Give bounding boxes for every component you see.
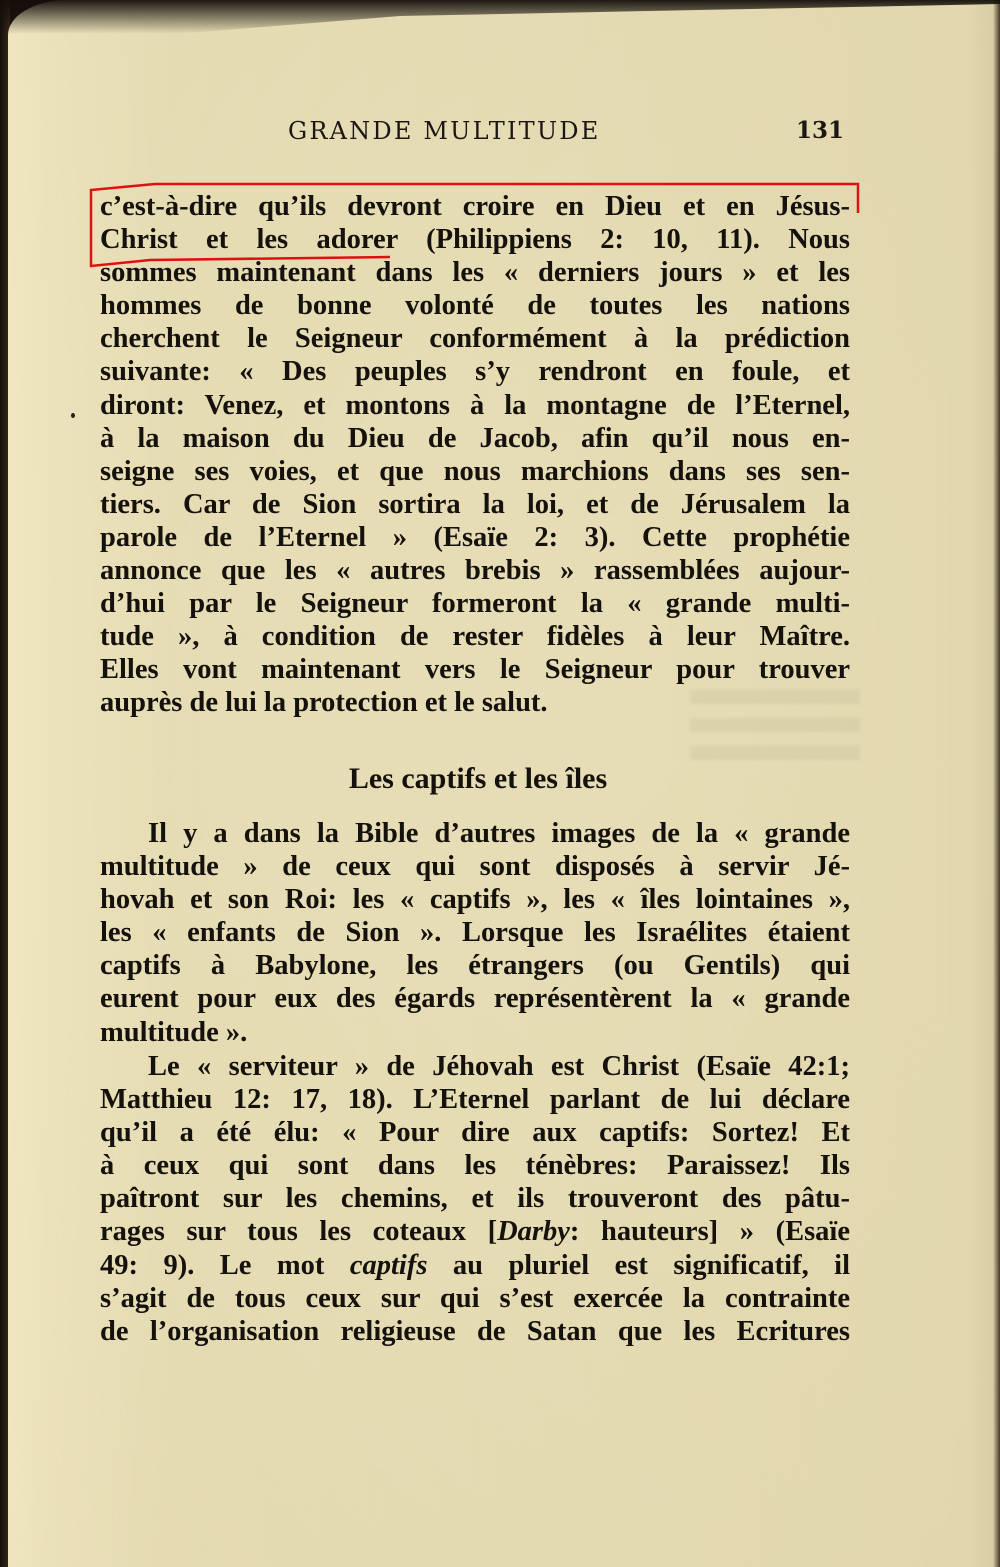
text-line: c’est-à-dire qu’ils devront croire en Di… bbox=[100, 190, 850, 223]
text-line: suivante: « Des peuples s’y rendront en … bbox=[100, 355, 850, 388]
text-line: de l’organisation religieuse de Satan qu… bbox=[100, 1315, 850, 1348]
text-line: Le « serviteur » de Jéhovah est Christ (… bbox=[100, 1050, 850, 1083]
running-title: GRANDE MULTITUDE bbox=[288, 117, 600, 145]
text-run: rages sur tous les coteaux [ bbox=[100, 1216, 497, 1247]
text-line: s’agit de tous ceux sur qui s’est exercé… bbox=[100, 1282, 850, 1315]
text-line: captifs à Babylone, les étrangers (ou Ge… bbox=[100, 949, 850, 982]
page-number: 131 bbox=[796, 117, 844, 144]
text-line: cherchent le Seigneur conformément à la … bbox=[100, 322, 850, 355]
text-line: eurent pour eux des égards représentèren… bbox=[100, 982, 850, 1015]
text-line: annonce que les « autres brebis » rassem… bbox=[100, 554, 850, 587]
text-run: 49: 9). Le mot bbox=[100, 1250, 350, 1281]
paragraph-3: Le « serviteur » de Jéhovah est Christ (… bbox=[100, 1050, 850, 1348]
text-line: seigne ses voies, et que nous marchions … bbox=[100, 455, 850, 488]
text-line: d’hui par le Seigneur formeront la « gra… bbox=[100, 587, 850, 620]
text-line: Elles vont maintenant vers le Seigneur p… bbox=[100, 653, 850, 686]
paragraph-2: Il y a dans la Bible d’autres images de … bbox=[100, 817, 850, 1049]
text-line: multitude ». bbox=[100, 1016, 850, 1049]
text-line: paîtront sur les chemins, et ils trouver… bbox=[100, 1182, 850, 1215]
section-heading: Les captifs et les îles bbox=[100, 762, 856, 796]
margin-speck bbox=[71, 413, 75, 418]
text-run: : hauteurs] » (Esaïe bbox=[570, 1216, 850, 1247]
paragraph-1: c’est-à-dire qu’ils devront croire en Di… bbox=[100, 190, 850, 720]
text-line: sommes maintenant dans les « derniers jo… bbox=[100, 256, 850, 289]
running-header: GRANDE MULTITUDE 131 bbox=[100, 117, 850, 151]
text-line: 49: 9). Le mot captifs au pluriel est si… bbox=[100, 1249, 850, 1282]
text-run: au pluriel est significatif, il bbox=[427, 1250, 850, 1281]
text-line: parole de l’Eternel » (Esaïe 2: 3). Cett… bbox=[100, 521, 850, 554]
text-line: Il y a dans la Bible d’autres images de … bbox=[100, 817, 850, 850]
italic-word: captifs bbox=[350, 1250, 428, 1281]
text-line: hovah et son Roi: les « captifs », les «… bbox=[100, 883, 850, 916]
text-line: les « enfants de Sion ». Lorsque les Isr… bbox=[100, 916, 850, 949]
text-line: à la maison du Dieu de Jacob, afin qu’il… bbox=[100, 422, 850, 455]
text-line: tude », à condition de rester fidèles à … bbox=[100, 620, 850, 653]
text-line: diront: Venez, et montons à la montagne … bbox=[100, 389, 850, 422]
text-line: à ceux qui sont dans les ténèbres: Parai… bbox=[100, 1149, 850, 1182]
text-line: Christ et les adorer (Philippiens 2: 10,… bbox=[100, 223, 850, 256]
italic-citation: Darby bbox=[497, 1216, 570, 1247]
text-line: rages sur tous les coteaux [Darby: haute… bbox=[100, 1215, 850, 1248]
text-line: tiers. Car de Sion sortira la loi, et de… bbox=[100, 488, 850, 521]
text-line: hommes de bonne volonté de toutes les na… bbox=[100, 289, 850, 322]
text-line: Matthieu 12: 17, 18). L’Eternel parlant … bbox=[100, 1083, 850, 1116]
text-line: auprès de lui la protection et le salut. bbox=[100, 686, 850, 719]
text-line: multitude » de ceux qui sont disposés à … bbox=[100, 850, 850, 883]
text-line: qu’il a été élu: « Pour dire aux captifs… bbox=[100, 1116, 850, 1149]
